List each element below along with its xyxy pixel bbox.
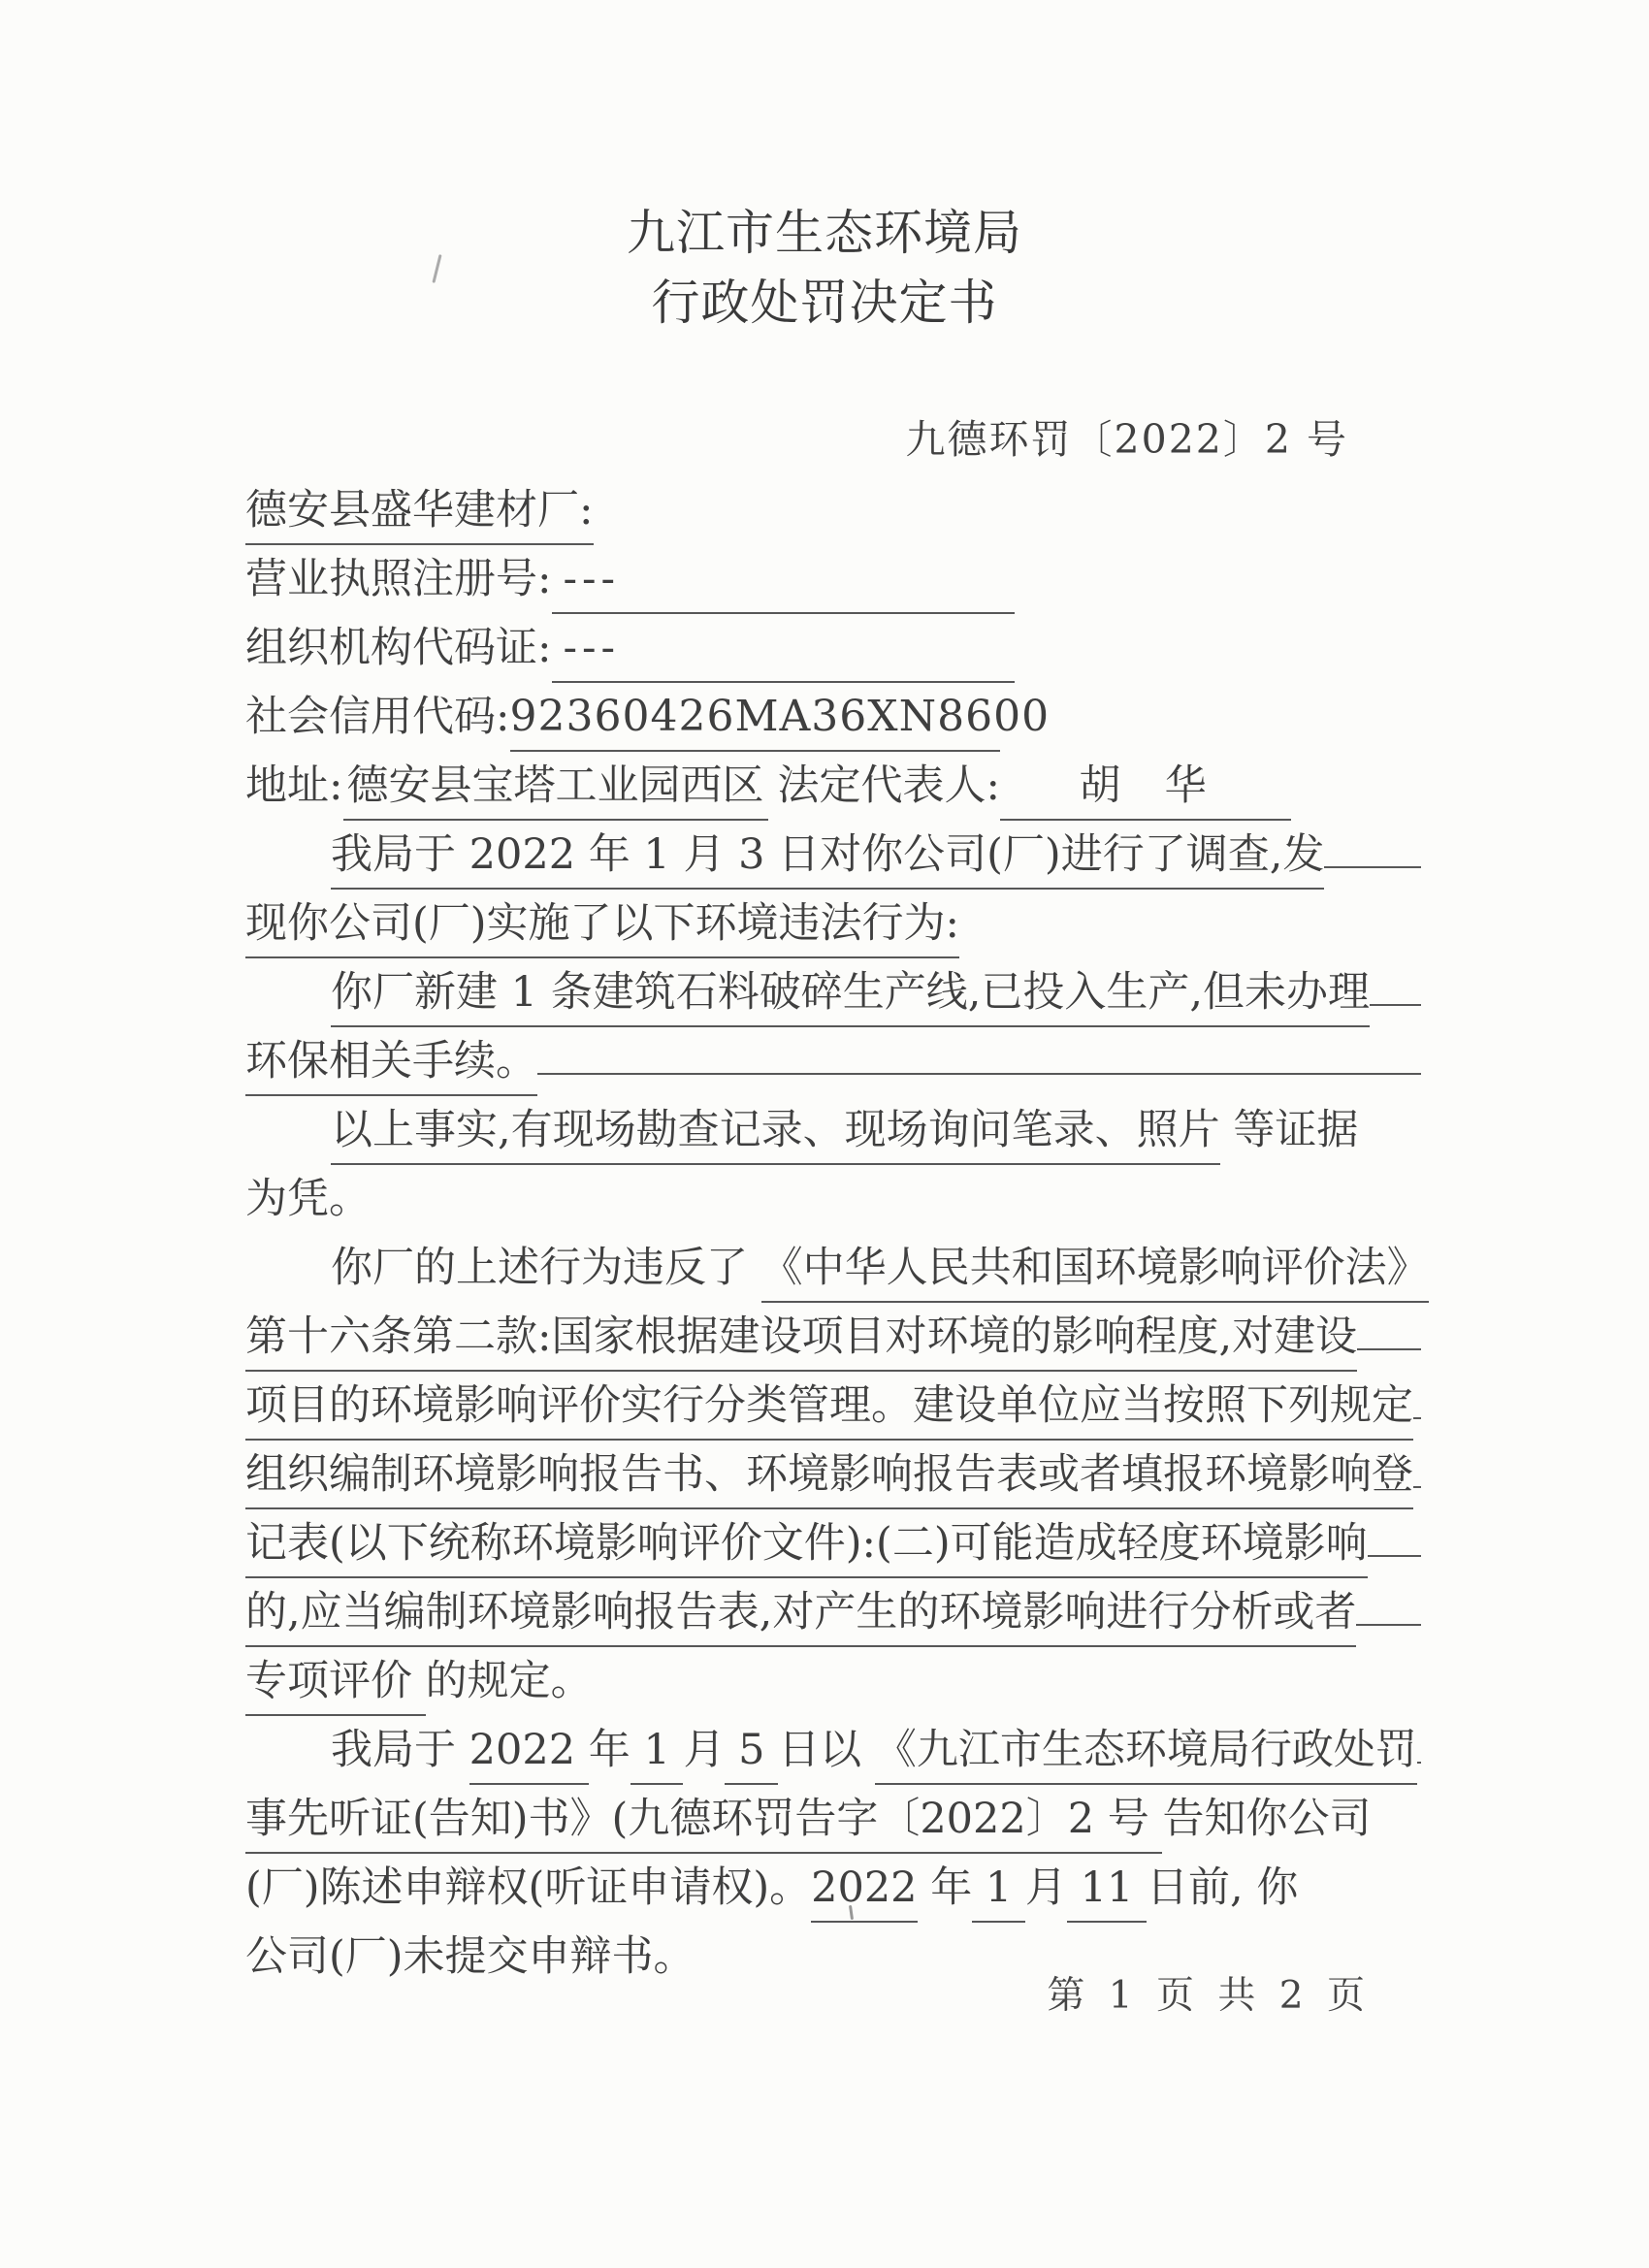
body-line: 项目的环境影响评价实行分类管理。建设单位应当按照下列规定	[245, 1377, 1421, 1446]
body-text: 的规定。	[426, 1653, 593, 1709]
body-text-underlined: 1	[972, 1860, 1025, 1923]
body-text-underlined: 2022	[811, 1860, 917, 1923]
field-value: ---	[552, 620, 1015, 683]
body-text: (厂)陈述申辩权(听证申请权)。	[245, 1860, 811, 1916]
body-line: (厂)陈述申辩权(听证申请权)。2022 年 1 月 11 日前, 你	[245, 1860, 1421, 1928]
body-text-underlined: 《中华人民共和国环境影响评价法》	[761, 1240, 1429, 1303]
body-line: 我局于 2022 年 1 月 3 日对你公司(厂)进行了调查,发	[245, 826, 1421, 895]
body-text: 日前, 你	[1147, 1860, 1298, 1916]
field-value: ---	[552, 551, 1015, 614]
paragraph-lines: 我局于 2022 年 1 月 3 日对你公司(厂)进行了调查,发现你公司(厂)实…	[245, 826, 1421, 1997]
body-line: 第十六条第二款:国家根据建设项目对环境的影响程度,对建设	[245, 1309, 1421, 1377]
body-line: 记表(以下统称环境影响评价文件):(二)可能造成轻度环境影响	[245, 1515, 1421, 1584]
body-line: 你厂新建 1 条建筑石料破碎生产线,已投入生产,但未办理	[245, 964, 1421, 1033]
document-title-line2: 行政处罚决定书	[0, 264, 1649, 334]
form-row-credit-code: 社会信用代码: 92360426MA36XN8600	[245, 689, 1421, 758]
body-text-underlined: 2022	[469, 1722, 589, 1785]
body-text: 年	[918, 1860, 973, 1916]
body-text: 等证据	[1220, 1102, 1359, 1158]
field-label: 地址:	[245, 758, 343, 814]
ruled-line-fill	[1413, 1412, 1421, 1419]
body-text-underlined: 我局于 2022 年 1 月 3 日对你公司(厂)进行了调查,发	[331, 826, 1324, 890]
body-text-underlined: 环保相关手续。	[245, 1033, 537, 1096]
body-text: 年	[589, 1722, 630, 1778]
ruled-line-fill	[1370, 999, 1421, 1006]
body-line: 环保相关手续。	[245, 1033, 1421, 1102]
body-text-underlined: 专项评价	[245, 1653, 426, 1716]
body-text-underlined: 以上事实,有现场勘查记录、现场询问笔录、照片	[331, 1102, 1220, 1165]
body-text: 我局于	[331, 1722, 469, 1778]
body-text: 日以	[778, 1722, 875, 1778]
body-text: 你厂的上述行为违反了	[331, 1240, 761, 1296]
body-text-underlined: 11	[1067, 1860, 1147, 1923]
document-number: 九德环罚〔2022〕2 号	[0, 407, 1348, 465]
body-text-underlined: 1	[630, 1722, 684, 1785]
field-value: 92360426MA36XN8600	[510, 689, 1000, 752]
body-text-underlined: 第十六条第二款:国家根据建设项目对环境的影响程度,对建设	[245, 1309, 1357, 1372]
ruled-line-fill	[537, 1068, 1421, 1075]
body-text-underlined: 你厂新建 1 条建筑石料破碎生产线,已投入生产,但未办理	[331, 964, 1370, 1027]
ruled-line-fill	[1413, 1481, 1421, 1488]
field-label: 社会信用代码:	[245, 689, 510, 745]
ruled-line-fill	[1368, 1550, 1421, 1557]
body-text: 为凭。	[245, 1171, 371, 1227]
body-text-underlined: 事先听证(告知)书》(九德环罚告字〔2022〕2 号	[245, 1791, 1162, 1854]
ruled-line-fill	[1417, 1757, 1421, 1764]
body-text: 月	[1025, 1860, 1067, 1916]
body-text-underlined: 现你公司(厂)实施了以下环境违法行为:	[245, 895, 959, 958]
document-body: 德安县盛华建材厂: 营业执照注册号: --- 组织机构代码证: --- 社会信用…	[245, 482, 1421, 1997]
body-line: 以上事实,有现场勘查记录、现场询问笔录、照片 等证据	[245, 1102, 1421, 1171]
form-row-business-license: 营业执照注册号: ---	[245, 551, 1421, 620]
body-text-underlined: 组织编制环境影响报告书、环境影响报告表或者填报环境影响登	[245, 1446, 1413, 1509]
body-line: 组织编制环境影响报告书、环境影响报告表或者填报环境影响登	[245, 1446, 1421, 1515]
body-line: 事先听证(告知)书》(九德环罚告字〔2022〕2 号 告知你公司	[245, 1791, 1421, 1860]
addressee-line: 德安县盛华建材厂:	[245, 482, 1421, 551]
ruled-line-fill	[1356, 1619, 1421, 1626]
body-text-underlined: 5	[725, 1722, 778, 1785]
ruled-line-fill	[1324, 861, 1421, 868]
page-footer: 第 1 页 共 2 页	[0, 1965, 1371, 2020]
body-text-underlined: 记表(以下统称环境影响评价文件):(二)可能造成轻度环境影响	[245, 1515, 1368, 1578]
scanned-document-page: 九江市生态环境局 行政处罚决定书 九德环罚〔2022〕2 号 德安县盛华建材厂:…	[0, 0, 1649, 2268]
body-line: 的,应当编制环境影响报告表,对产生的环境影响进行分析或者	[245, 1584, 1421, 1653]
body-text-underlined: 《九江市生态环境局行政处罚	[875, 1722, 1417, 1785]
field-value: 胡 华	[1000, 758, 1291, 821]
body-line: 你厂的上述行为违反了 《中华人民共和国环境影响评价法》	[245, 1240, 1421, 1309]
body-line: 专项评价 的规定。	[245, 1653, 1421, 1722]
field-label: 法定代表人:	[778, 758, 1001, 814]
body-text-underlined: 项目的环境影响评价实行分类管理。建设单位应当按照下列规定	[245, 1377, 1413, 1441]
field-value: 德安县宝塔工业园西区	[343, 758, 768, 821]
body-text-underlined: 的,应当编制环境影响报告表,对产生的环境影响进行分析或者	[245, 1584, 1356, 1647]
body-text: 月	[683, 1722, 725, 1778]
body-line: 现你公司(厂)实施了以下环境违法行为:	[245, 895, 1421, 964]
ruled-line-fill	[1357, 1344, 1421, 1350]
body-text: 告知你公司	[1162, 1791, 1371, 1847]
document-title-line1: 九江市生态环境局	[0, 194, 1649, 264]
form-row-org-code: 组织机构代码证: ---	[245, 620, 1421, 689]
field-label: 组织机构代码证:	[245, 620, 552, 676]
body-line: 为凭。	[245, 1171, 1421, 1240]
addressee: 德安县盛华建材厂:	[245, 482, 594, 545]
body-line: 我局于 2022 年 1 月 5 日以 《九江市生态环境局行政处罚	[245, 1722, 1421, 1791]
field-label: 营业执照注册号:	[245, 551, 552, 607]
form-row-address: 地址: 德安县宝塔工业园西区 法定代表人: 胡 华	[245, 758, 1421, 826]
